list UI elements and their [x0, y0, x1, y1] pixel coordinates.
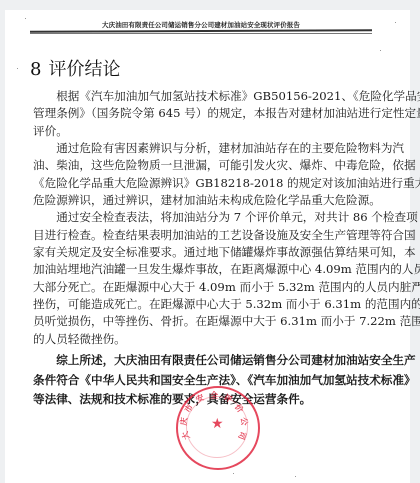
text-line: 通过危险有害因素辨识与分析，建材加油站存在的主要危险物料为汽 — [33, 140, 377, 157]
text-line: 挫伤，可能造成死亡。在距爆源中心大于 5.32m 而小于 6.31m 的范围内的… — [33, 296, 377, 313]
scan-speck — [380, 50, 381, 51]
text-line: 通过安全检查表法，将加油站分为 7 个评价单元，对共计 86 个检查项 — [33, 209, 377, 226]
scan-speck — [17, 68, 18, 69]
section-heading: 8评价结论 — [30, 55, 120, 81]
header-rule-thin — [30, 33, 372, 34]
text-line: 管理条例》（国务院令第 645 号）的规定，本报告对建材加油站进行定性定量 — [33, 105, 377, 122]
text-line: 员听觉损伤，中等挫伤、骨折。在距爆源中大于 6.31m 而小于 7.22m 范围… — [33, 313, 377, 330]
seal-star-icon: ★ — [211, 416, 224, 432]
official-seal-stamp: ★ 大庆市安全评价公司 — [176, 386, 260, 470]
document-page: 大庆油田有限责任公司储运销售分公司建材加油站安全现状评价报告 8评价结论 根据《… — [5, 10, 410, 483]
text-line: 《危险化学品重大危险源辨识》GB18218-2018 的规定对该加油站进行重大 — [33, 175, 377, 192]
text-line: 评价。 — [33, 123, 377, 140]
text-line: 目进行检查。检查结果表明加油站的工艺设备设施及安全生产管理等符合国 — [33, 227, 377, 244]
scan-speck — [233, 473, 234, 474]
scan-speck — [295, 476, 296, 477]
seal-char: 庆 — [178, 417, 190, 426]
seal-char: 全 — [210, 390, 218, 401]
paragraph-standards: 根据《汽车加油加气加氢站技术标准》GB50156-2021、《危险化学品安全 管… — [33, 88, 377, 140]
section-title: 评价结论 — [48, 59, 120, 80]
section-number: 8 — [30, 59, 41, 80]
text-line: 家有关规定及安全标准要求。通过地下储罐爆炸事故源强估算结果可知，本 — [33, 244, 377, 261]
paragraph-hazard-identification: 通过危险有害因素辨识与分析，建材加油站存在的主要危险物料为汽 油、柴油，这些危险… — [33, 140, 377, 209]
running-header: 大庆油田有限责任公司储运销售分公司建材加油站安全现状评价报告 — [30, 20, 372, 29]
text-line: 根据《汽车加油加气加氢站技术标准》GB50156-2021、《危险化学品安全 — [33, 88, 377, 105]
text-line: 油、柴油，这些危险物质一旦泄漏，可能引发火灾、爆炸、中毒危险，依据 — [33, 157, 377, 174]
text-line: 综上所述，大庆油田有限责任公司储运销售分公司建材加油站安全生产 — [33, 351, 377, 371]
scan-speck — [25, 18, 26, 19]
scan-speck — [395, 22, 396, 23]
text-line: 的人员轻微挫伤。 — [33, 331, 377, 348]
paragraph-safety-checklist: 通过安全检查表法，将加油站分为 7 个评价单元，对共计 86 个检查项 目进行检… — [33, 209, 377, 348]
text-line: 大部分死亡。在距爆源中心大于 4.09m 而小于 5.32m 范围内的人员内脏严… — [33, 279, 377, 296]
text-line: 危险源辨识，通过辨识，建材加油站未构成危险化学品重大危险源。 — [33, 192, 377, 209]
seal-char: 公 — [238, 417, 250, 426]
body-text: 根据《汽车加油加气加氢站技术标准》GB50156-2021、《危险化学品安全 管… — [33, 88, 377, 410]
text-line: 加油站埋地汽油罐一旦发生爆炸事故，在距离爆源中心 4.09m 范围内的人员 — [33, 261, 377, 278]
